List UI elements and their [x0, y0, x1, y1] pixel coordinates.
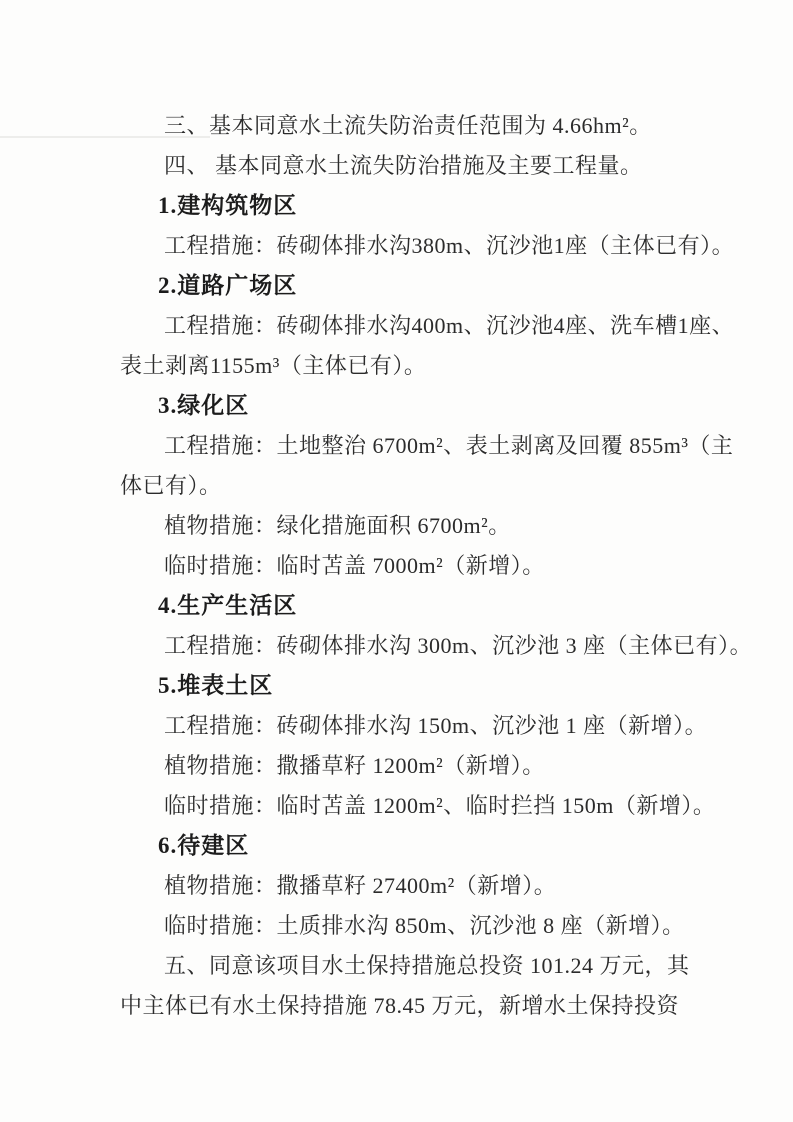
section-3-heading: 3.绿化区: [120, 386, 676, 426]
section-3-plant-measures: 植物措施：绿化措施面积 6700m²。: [120, 506, 676, 546]
section-2-engineering-measures-line1: 工程措施：砖砌体排水沟400m、沉沙池4座、洗车槽1座、: [120, 306, 676, 346]
section-3-engineering-measures-line1: 工程措施：土地整治 6700m²、表土剥离及回覆 855m³（主: [120, 426, 676, 466]
clause-five-line2: 中主体已有水土保持措施 78.45 万元，新增水土保持投资: [120, 986, 676, 1026]
document-body: 三、基本同意水土流失防治责任范围为 4.66hm²。 四、 基本同意水土流失防治…: [120, 106, 676, 1026]
section-5-temporary-measures: 临时措施：临时苫盖 1200m²、临时拦挡 150m（新增）。: [120, 786, 676, 826]
section-2-heading: 2.道路广场区: [120, 266, 676, 306]
clause-five-line1: 五、同意该项目水土保持措施总投资 101.24 万元，其: [120, 946, 676, 986]
section-4-heading: 4.生产生活区: [120, 586, 676, 626]
section-2-engineering-measures-line2: 表土剥离1155m³（主体已有）。: [120, 346, 676, 386]
section-6-heading: 6.待建区: [120, 826, 676, 866]
scanned-document-page: 三、基本同意水土流失防治责任范围为 4.66hm²。 四、 基本同意水土流失防治…: [0, 0, 793, 1122]
section-4-engineering-measures: 工程措施：砖砌体排水沟 300m、沉沙池 3 座（主体已有）。: [120, 626, 676, 666]
section-6-plant-measures: 植物措施：撒播草籽 27400m²（新增）。: [120, 866, 676, 906]
section-1-heading: 1.建构筑物区: [120, 186, 676, 226]
section-3-temporary-measures: 临时措施：临时苫盖 7000m²（新增）。: [120, 546, 676, 586]
section-6-temporary-measures: 临时措施：土质排水沟 850m、沉沙池 8 座（新增）。: [120, 906, 676, 946]
clause-four: 四、 基本同意水土流失防治措施及主要工程量。: [120, 146, 676, 186]
section-5-plant-measures: 植物措施：撒播草籽 1200m²（新增）。: [120, 746, 676, 786]
section-5-heading: 5.堆表土区: [120, 666, 676, 706]
section-1-engineering-measures: 工程措施：砖砌体排水沟380m、沉沙池1座（主体已有）。: [120, 226, 676, 266]
section-3-engineering-measures-line2: 体已有）。: [120, 466, 676, 506]
clause-three: 三、基本同意水土流失防治责任范围为 4.66hm²。: [120, 106, 676, 146]
section-5-engineering-measures: 工程措施：砖砌体排水沟 150m、沉沙池 1 座（新增）。: [120, 706, 676, 746]
